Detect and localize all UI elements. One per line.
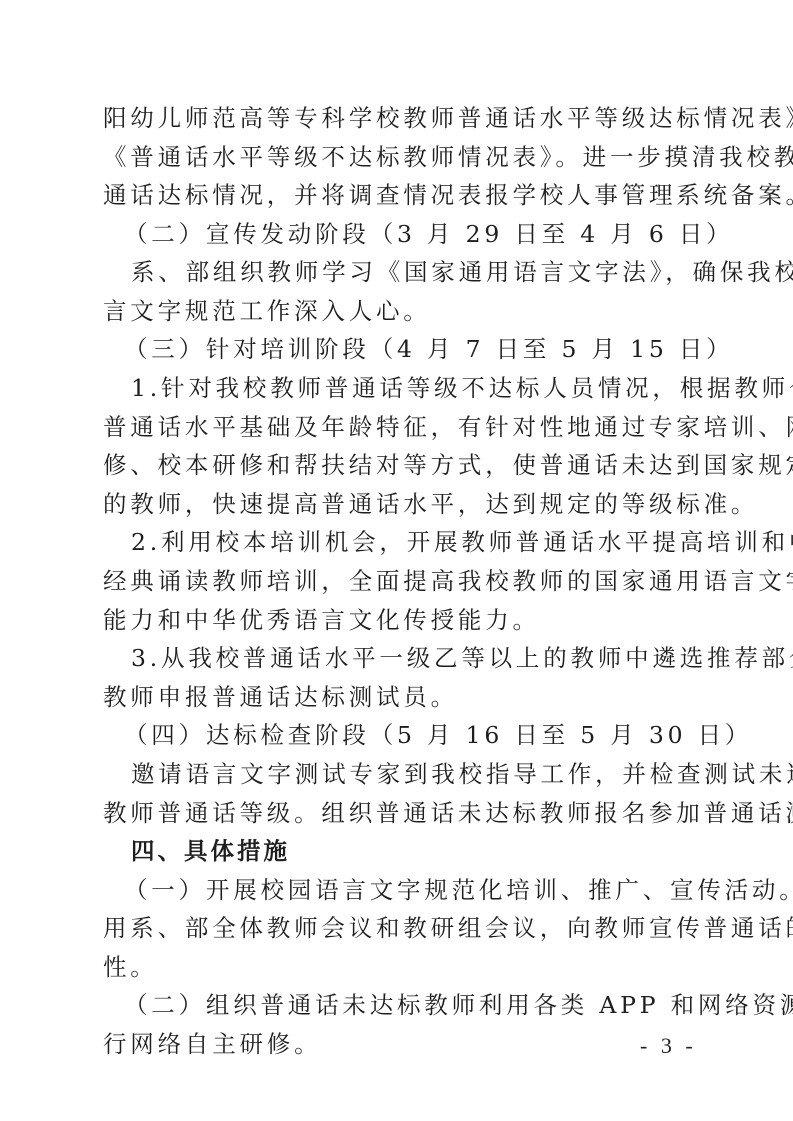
paragraph-line: 修、校本研修和帮扶结对等方式，使普通话未达到国家规定标准 — [103, 450, 688, 480]
section-heading-inspection-stage: （四）达标检查阶段（5 月 16 日至 5 月 30 日） — [124, 720, 709, 750]
paragraph-line: 行网络自主研修。 — [103, 1029, 688, 1059]
paragraph-line: 的教师，快速提高普通话水平，达到规定的等级标准。 — [103, 489, 688, 519]
paragraph-line: 邀请语言文字测试专家到我校指导工作，并检查测试未达标 — [131, 759, 716, 789]
paragraph-line: 能力和中华优秀语言文化传授能力。 — [103, 605, 688, 635]
section-heading-training-stage: （三）针对培训阶段（4 月 7 日至 5 月 15 日） — [124, 334, 709, 364]
paragraph-line: 普通话水平基础及年龄特征，有针对性地通过专家培训、网络研 — [103, 412, 688, 442]
paragraph-line: 1.针对我校教师普通话等级不达标人员情况，根据教师个人 — [131, 373, 716, 403]
paragraph-line: 《普通话水平等级不达标教师情况表》。进一步摸清我校教师普 — [103, 142, 688, 172]
paragraph-line: 教师申报普通话达标测试员。 — [103, 682, 688, 712]
paragraph-line: 3.从我校普通话水平一级乙等以上的教师中遴选推荐部分 — [131, 643, 716, 673]
section-heading-publicity-stage: （二）宣传发动阶段（3 月 29 日至 4 月 6 日） — [124, 219, 709, 249]
paragraph-line: 通话达标情况，并将调查情况表报学校人事管理系统备案。 — [103, 180, 688, 210]
paragraph-line: 系、部组织教师学习《国家通用语言文字法》，确保我校语 — [131, 257, 716, 287]
paragraph-line: 经典诵读教师培训，全面提高我校教师的国家通用语言文字应用 — [103, 566, 688, 596]
paragraph-line: 言文字规范工作深入人心。 — [103, 296, 688, 326]
paragraph-line: 阳幼儿师范高等专科学校教师普通话水平等级达标情况表》和 — [103, 103, 688, 133]
document-page: 阳幼儿师范高等专科学校教师普通话水平等级达标情况表》和 《普通话水平等级不达标教… — [0, 0, 793, 1121]
paragraph-line: （二）组织普通话未达标教师利用各类 APP 和网络资源进 — [124, 990, 709, 1020]
paragraph-line: 教师普通话等级。组织普通话未达标教师报名参加普通话测试。 — [103, 798, 688, 828]
section-heading-specific-measures: 四、具体措施 — [131, 836, 716, 866]
paragraph-line: 性。 — [103, 952, 688, 982]
page-number: - 3 - — [640, 1033, 697, 1059]
paragraph-line: 用系、部全体教师会议和教研组会议，向教师宣传普通话的重要 — [103, 913, 688, 943]
paragraph-line: （一）开展校园语言文字规范化培训、推广、宣传活动。利 — [124, 875, 709, 905]
paragraph-line: 2.利用校本培训机会，开展教师普通话水平提高培训和中华 — [131, 527, 716, 557]
